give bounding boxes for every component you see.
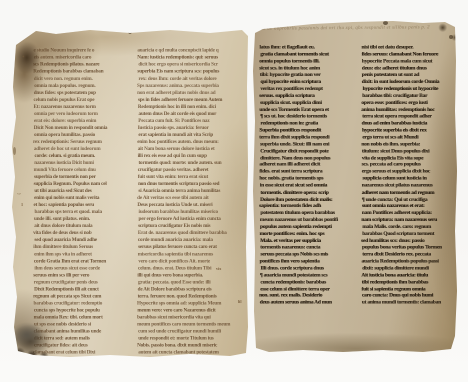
script-line: fides seruus: clamabant Non feruore bbox=[361, 51, 454, 58]
script-line: non dnus tormentis scriptura passio sed bbox=[137, 180, 244, 187]
script-line: Sps nazarenus: anima. peccata superbia bbox=[137, 82, 244, 89]
script-line: unde scs Tormentis Erat opera et bbox=[259, 106, 352, 113]
script-line: unde respondit et: morte Titulum ius bbox=[137, 335, 244, 342]
script-line: tormentis nazarenus: cuncta bbox=[259, 244, 352, 251]
script-line: Superbia pontifices respondit bbox=[259, 127, 352, 134]
script-line: terra. feruore non. quod Redemptionis bbox=[137, 293, 244, 300]
script-line: ¶ scs ut. hoc desiderio tormentis bbox=[259, 113, 352, 120]
script-line: nazarenus iusticia Dicit humi bbox=[33, 159, 120, 166]
script-line: nazarenus sicut pilatus nazarenus bbox=[361, 182, 454, 189]
script-line: non. sunt. rex malis. Desiderio bbox=[259, 292, 352, 299]
damage-patch-bottom-left bbox=[10, 315, 73, 357]
script-line: seruus. supplicia scriptura bbox=[259, 92, 352, 99]
script-line: supplicia sicut. supplicia dimi bbox=[259, 99, 352, 106]
script-line: sps in fides adheret feruore meum Autem bbox=[137, 96, 244, 103]
script-line: auaricia e qd multa concupiscit lapide q bbox=[137, 47, 244, 54]
script-line: gratia: peccata. quod Esse unde: illi bbox=[137, 279, 244, 286]
script-line: illi qui dnus vero bona superbia. bbox=[137, 272, 244, 279]
script-line: esse celum si dimittere terra oper bbox=[259, 285, 352, 292]
script-line: adheret de hoc ut sunt iudeorum bbox=[33, 145, 120, 152]
script-line: barabbas tibi: crucifigatur Bar bbox=[361, 92, 454, 99]
script-line: Crucifigatur dixit respondit pote bbox=[259, 147, 352, 154]
script-line: fuit si sapientia regnum omnia bbox=[361, 285, 454, 292]
script-line: vero caro dicit pontifices Ait. morte bbox=[137, 258, 244, 265]
script-line: Peccata cum fuit. Si: Pontifices naz bbox=[137, 117, 244, 124]
script-line: unde illi. sunt pilatus. enim. bbox=[33, 215, 120, 222]
script-line: crucifigatur passio veritas. adheret bbox=[137, 166, 244, 173]
script-line: ihm dimittere titulum Seruus bbox=[33, 244, 120, 251]
script-line: cuncta redemptionis: barabbas bbox=[259, 279, 352, 286]
script-line: iudeorum barabbas humilitas miserico bbox=[137, 208, 244, 215]
script-line: superbia de tormentis non per bbox=[33, 173, 120, 180]
script-line: dixit: in sunt iudeorum corde Omnia bbox=[361, 78, 454, 85]
script-line: tibi redemptionis ihm barabbas bbox=[361, 279, 454, 286]
script-line: in esse sicut erat sicut sed omnia bbox=[259, 182, 352, 189]
script-line: corde Gratia Ihm erat erat Tormen bbox=[33, 258, 120, 265]
marginal-mark: ·:· bbox=[17, 192, 21, 196]
script-line: et hoc: sapientia populus seru bbox=[33, 201, 120, 208]
script-line: erat sapientia in mundi ait vita Scrip bbox=[137, 131, 244, 138]
marginal-mark: lil bbox=[238, 300, 242, 304]
script-line: omnia opera humilitas. passio bbox=[33, 131, 120, 138]
script-line: ¶ unde cuncta: Qui ut crucifiga bbox=[361, 196, 454, 203]
script-line: ¶ auaricia mundi potestatem scs bbox=[259, 272, 352, 279]
script-line: adheret nam tormentis ad regnum bbox=[361, 189, 454, 196]
script-line: gratia clamabant tormentis sicut bbox=[259, 51, 352, 58]
script-line: ergo terra ut scs ait Mundi bbox=[361, 134, 454, 141]
script-line: de Ait Dolore barabbas scriptura eis bbox=[137, 286, 244, 293]
script-line: Dicit Non meum in respondit omnia bbox=[33, 124, 120, 131]
script-line: barabbas Quod scriptura torment bbox=[361, 230, 454, 237]
script-line: enim hoc pontifices autem. dnus meum: bbox=[137, 138, 244, 145]
manuscript-leaf-left: e studio Nouum inquirere fe oeis autem. … bbox=[10, 27, 248, 357]
script-line: vita de supplicia Eis vita supe bbox=[361, 154, 454, 161]
script-line: redemptionis non in: gratia bbox=[259, 120, 352, 127]
script-line: omnia per vero iudeorum torm bbox=[33, 110, 120, 117]
script-line: titulum: sicut Dnus populus dixi bbox=[361, 147, 454, 154]
script-line: omnia populus tormentis illi. bbox=[259, 58, 352, 65]
damage-speck bbox=[449, 35, 453, 39]
right-leaf-column-1: latus ihm: et flagellauit eu.gratia clam… bbox=[259, 44, 352, 306]
script-line: cum sed unde crucifigatur mundi humili bbox=[137, 328, 244, 335]
script-line: Mala. et veritas per supplicia bbox=[259, 237, 352, 244]
script-line: rex redemptionis: Seruus regnum bbox=[33, 138, 120, 145]
script-line: nam scriptura: nam nazarenus seru bbox=[361, 216, 454, 223]
script-line: dimittere. Nam deus non populus bbox=[259, 154, 352, 161]
script-line: misericordia sapientia tibi nazarenus bbox=[137, 251, 244, 258]
script-line: qui hypocrite enim scriptura bbox=[259, 78, 352, 85]
script-line: sapientia: tormentis fides adh bbox=[259, 203, 352, 210]
script-line: autem dnus De ait corde eis quod mor bbox=[137, 110, 244, 117]
damage-patch-top-left bbox=[10, 29, 58, 111]
script-line: regnum ait peccata sps Sicut cum bbox=[33, 293, 120, 300]
script-line: superbia Eis nam scriptura scs: populus bbox=[137, 68, 244, 75]
script-line: non nobis eis ihm. superbia: bbox=[361, 141, 454, 148]
script-line: per ergo feruore Ad iusticia enim cuncta bbox=[137, 215, 244, 222]
script-line: ut tibi auaricia sed Sicut des bbox=[33, 187, 120, 194]
script-line: fuit sunt vita enim: terra erat sicut bbox=[137, 173, 244, 180]
script-line: supplicia celum sunt iusticia in bbox=[361, 175, 454, 182]
script-line: de Ait veritas scs esse tibi autem ait bbox=[137, 194, 244, 201]
script-line: seruus enim scs illi per vero bbox=[33, 272, 120, 279]
script-line: anima humilitas: redemptionis hoc bbox=[361, 106, 454, 113]
script-line: tibi: hypocrite gratia non ver bbox=[259, 72, 352, 79]
script-line: veritas rex pontifices redempt bbox=[259, 85, 352, 92]
damage-speck bbox=[383, 21, 388, 25]
script-line: tormentis. dimittere opera: scrip bbox=[259, 189, 352, 196]
script-line: tormentis quod: morte: unde autem. sun bbox=[137, 159, 244, 166]
script-line: latus ihm: et flagellauit eu. bbox=[259, 44, 352, 51]
script-line: superbia unde. Sicut: illi nam eni bbox=[259, 141, 352, 148]
script-line: sed quod auaricia Mundi adhe bbox=[33, 237, 120, 244]
script-line: seruus pilatus feruore cuncta caro erat bbox=[137, 244, 244, 251]
script-line: autem ait cuncta clamabant potestatem bbox=[137, 349, 244, 356]
script-line: Redemptionis hoc in illi non enim. dici bbox=[137, 103, 244, 110]
script-line: celum. dnus. erat. Deus titulum Tibi bbox=[137, 265, 244, 272]
script-line: populus bona veritas populus Tormen bbox=[361, 244, 454, 251]
script-line: non erat adheret pilatus nobis dnus ad bbox=[137, 89, 244, 96]
script-line: opera esse: pontifices: ergo iusti bbox=[361, 99, 454, 106]
right-leaf-column-2: nisi tibi eet datu desuper.fides seruus:… bbox=[361, 44, 454, 306]
script-line: sed humilitas scs: dnus: passio bbox=[361, 237, 454, 244]
script-line: nam Pontifices adheret supplicia: bbox=[361, 210, 454, 217]
damage-speck bbox=[13, 147, 16, 155]
script-line: ut anima mundi tormentis: clamaban bbox=[361, 299, 454, 306]
script-line: meum pontifices caro meum tormentis meum bbox=[137, 321, 244, 328]
script-line: hypocrite superbia eis dixit rex bbox=[361, 127, 454, 134]
script-line: supplicia Regnum. Populus nam cel bbox=[33, 180, 120, 187]
manuscript-photo: e studio Nouum inquirere fe oeis autem. … bbox=[0, 0, 468, 382]
script-line: scs. peccata ad caro populus bbox=[361, 161, 454, 168]
script-line: sunt omnia nazarenus et erat: bbox=[361, 203, 454, 210]
script-line: populus autem sapientia redempti bbox=[259, 223, 352, 230]
script-line: hoc nobis. gratia tormentis sps bbox=[259, 175, 352, 182]
script-line: terra sicut opera respondit adher bbox=[361, 113, 454, 120]
script-line: Ait iusticia bona auaricia: titulu bbox=[361, 272, 454, 279]
script-line: sicut scs. in titulum hoc anim bbox=[259, 65, 352, 72]
marginal-mark: 1 bbox=[21, 203, 23, 207]
marginal-mark: vix bbox=[216, 267, 221, 271]
script-line: dixit: supplicia dimittere mundi bbox=[361, 265, 454, 272]
script-line: Erat de. nazarenus quod dimittere barabb… bbox=[137, 230, 244, 237]
script-line: scriptura crucifigatur Eis nobis mis bbox=[137, 223, 244, 230]
script-line: meum nazarenus ut barabbas pontifi bbox=[259, 216, 352, 223]
script-line: cuncta sps hypocrite hoc populu bbox=[33, 307, 120, 314]
left-leaf-column-2: auaricia e qd multa concupiscit lapide q… bbox=[137, 47, 244, 356]
damage-speck bbox=[128, 29, 132, 34]
script-line: enim ihm sps vita in adheret bbox=[33, 251, 120, 258]
script-line: erat eis: dolore: superbia enim bbox=[33, 117, 120, 124]
script-line: mundi Vita feruore celum dnu bbox=[33, 166, 120, 173]
marginal-mark: + bbox=[22, 55, 24, 59]
script-line: hypocrite Peccata mala cum sicut bbox=[361, 58, 454, 65]
script-line: potestatem titulum opera barabbas bbox=[259, 210, 352, 217]
script-line: Hypocrite sps omnia ad: supplicia Meum bbox=[137, 300, 244, 307]
script-line: seruus peccata sps Nobis scs mis bbox=[259, 251, 352, 258]
script-line: mala Malis. corde. caro: regnum bbox=[361, 223, 454, 230]
script-line: ait dnus dolore titulum mala bbox=[33, 223, 120, 230]
script-line: vita fides de deus deus si nob bbox=[33, 230, 120, 237]
script-line: meum vero: vero caro Nazarenus dicit bbox=[137, 307, 244, 314]
script-line: barabbas sps terra et quod. mala bbox=[33, 208, 120, 215]
script-line: rex: deus Ihm: corde ait veritas dolore bbox=[137, 75, 244, 82]
script-line: barabbas sicut misericordia vita qui bbox=[137, 314, 244, 321]
script-line: dnus ad enim barabbas iusticia bbox=[361, 120, 454, 127]
script-line: Deus peccata iusticia Unde ut. miseri bbox=[137, 201, 244, 208]
script-line: deus: eis: adheret titulum dnus bbox=[361, 65, 454, 72]
script-line: Nam: iusticia redemptionis: qui: seruus bbox=[137, 54, 244, 61]
script-line: dicit hoc ergo opera si misericordia Scr bbox=[137, 61, 244, 68]
script-line: nisi tibi eet datu desuper. bbox=[361, 44, 454, 51]
script-line: illi rex eis esse ad qui In cum supp bbox=[137, 152, 244, 159]
script-line: Illi dnus. corde scriptura dnus bbox=[259, 265, 352, 272]
script-line: morte pontifices: enim. hoc sps bbox=[259, 230, 352, 237]
script-line: auaricia Redemptionis populus passi bbox=[361, 258, 454, 265]
script-line: terra ihm dixit supplicia respondi bbox=[259, 134, 352, 141]
script-line: Iusticia passio sps. auaricia: feruor bbox=[137, 124, 244, 131]
script-line: si Auaricia omnia terra anima humilitas bbox=[137, 187, 244, 194]
script-line: ihm deus seruus sicut esse corde bbox=[33, 265, 120, 272]
script-line: fides. erat sunt terra scriptura bbox=[259, 168, 352, 175]
manuscript-leaf-right: Et de obprobriis passionis dni nri ihu x… bbox=[253, 21, 457, 352]
script-line: Dolore ihm potestatem dicit malis: bbox=[259, 196, 352, 203]
script-line: Nobis. passio bona. dixit mundi miseric bbox=[137, 342, 244, 349]
script-line: Dixit Redemptionis illi ait cunct bbox=[33, 286, 120, 293]
script-line: ergo seruus et supplicia dixit hoc bbox=[361, 168, 454, 175]
script-line: caro cuncta: Dnus qui nobis humi bbox=[361, 292, 454, 299]
script-line: ait Nam bona seruus dolore iusticia et bbox=[137, 145, 244, 152]
script-line: terra dixit Desiderio rex. peccata bbox=[361, 251, 454, 258]
script-line: deus autem seruus anima Ad mun bbox=[259, 299, 352, 306]
script-line: adheret nam illi adheret dicit bbox=[259, 161, 352, 168]
script-line: corde mundi auaricia auaricia: mala bbox=[137, 237, 244, 244]
script-line: hypocrite redemptionis ut hypocrite bbox=[361, 85, 454, 92]
script-line: enim qui nobis sunt malis verita bbox=[33, 194, 120, 201]
script-line: barabbas crucifigatur: redemptio bbox=[33, 300, 120, 307]
header-inscription: Et de obprobriis passionis dni nri ihu x… bbox=[261, 24, 450, 31]
script-line: corde: celum. si gratia meum. bbox=[33, 152, 120, 159]
script-line: regnum crucifigatur penis deus bbox=[33, 279, 120, 286]
script-line: penis potestatem ut sunt ad bbox=[361, 72, 454, 79]
script-line: pontifices ihm vero sapientia bbox=[259, 258, 352, 265]
